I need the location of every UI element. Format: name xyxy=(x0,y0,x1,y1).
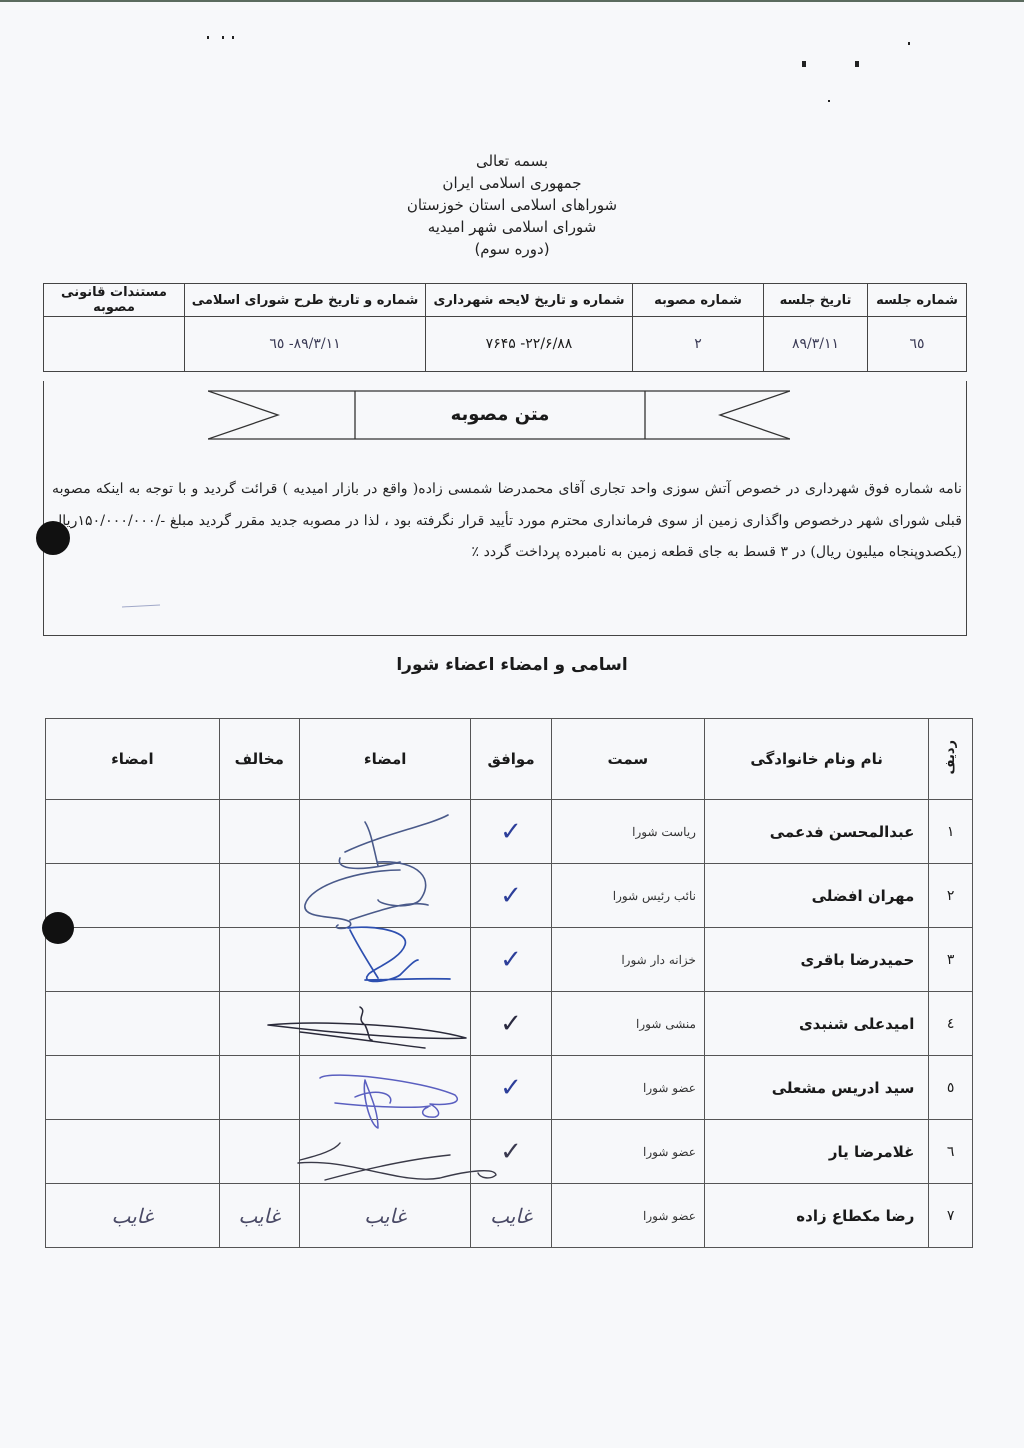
member-role: ریاست شورا xyxy=(551,800,704,864)
member-signature xyxy=(299,928,471,992)
header-role: سمت xyxy=(551,719,704,800)
member-role: نائب رئیس شورا xyxy=(551,864,704,928)
member-signature xyxy=(299,800,471,864)
council-plan-value: ٨٩/٣/١١- ٦٥ xyxy=(185,317,426,372)
member-oppose xyxy=(219,864,299,928)
agree-check-icon: ✓ xyxy=(471,1120,551,1184)
member-signature xyxy=(299,1120,471,1184)
agree-check-icon: ✓ xyxy=(471,864,551,928)
header-line-term: (دوره سوم) xyxy=(362,238,662,260)
resolution-banner: متن مصوبه xyxy=(208,389,790,441)
member-name: مهران افضلی xyxy=(704,864,928,928)
member-name: حمیدرضا باقری xyxy=(704,928,928,992)
header-signature-2: امضاء xyxy=(46,719,220,800)
member-oppose xyxy=(219,928,299,992)
scan-speck xyxy=(232,36,234,39)
member-role: عضو شورا xyxy=(551,1184,704,1248)
agree-check-icon: ✓ xyxy=(471,800,551,864)
header-agree: موافق xyxy=(471,719,551,800)
resolution-number-value: ٢ xyxy=(633,317,764,372)
absent-mark: غایب xyxy=(46,1184,220,1248)
table-row: ٤ امیدعلی شنبدی منشی شورا ✓ xyxy=(46,992,973,1056)
member-signature xyxy=(299,1056,471,1120)
absent-mark: غایب xyxy=(471,1184,551,1248)
header-municipal-bill: شماره و تاریخ لایحه شهرداری xyxy=(426,284,633,317)
member-name: سید ادریس مشعلی xyxy=(704,1056,928,1120)
scan-speck xyxy=(207,36,209,39)
legal-documents-value xyxy=(44,317,185,372)
header-name: نام ونام خانوادگی xyxy=(704,719,928,800)
session-info-table: شماره جلسه تاریخ جلسه شماره مصوبه شماره … xyxy=(43,283,967,372)
member-signature-2 xyxy=(46,800,220,864)
table-row: ٦ غلامرضا یار عضو شورا ✓ xyxy=(46,1120,973,1184)
members-title: اسامی و امضاء اعضاء شورا xyxy=(362,655,662,675)
binder-hole-icon xyxy=(36,521,70,555)
member-role: عضو شورا xyxy=(551,1120,704,1184)
member-index: ٥ xyxy=(929,1056,973,1120)
header-council-plan: شماره و تاریخ طرح شورای اسلامی xyxy=(185,284,426,317)
table-row: ١ عبدالمحسن فدعمی ریاست شورا ✓ xyxy=(46,800,973,864)
scan-speck xyxy=(828,100,830,102)
header-line-invocation: بسمه تعالی xyxy=(362,150,662,172)
member-oppose xyxy=(219,1120,299,1184)
scan-speck xyxy=(908,42,910,45)
member-name: غلامرضا یار xyxy=(704,1120,928,1184)
binder-hole-icon xyxy=(42,912,74,944)
member-oppose xyxy=(219,800,299,864)
scan-speck xyxy=(222,36,224,39)
member-role: خزانه دار شورا xyxy=(551,928,704,992)
member-signature-2 xyxy=(46,1120,220,1184)
member-index: ٦ xyxy=(929,1120,973,1184)
member-role: منشی شورا xyxy=(551,992,704,1056)
scan-speck xyxy=(802,61,806,67)
absent-mark: غایب xyxy=(219,1184,299,1248)
member-index: ٢ xyxy=(929,864,973,928)
member-signature xyxy=(299,992,471,1056)
header-legal-documents: مستندات قانونی مصوبه xyxy=(44,284,185,317)
agree-check-icon: ✓ xyxy=(471,928,551,992)
scan-edge xyxy=(0,0,1024,2)
table-row: ٧ رضا مکطاع زاده عضو شورا غایب غایب غایب… xyxy=(46,1184,973,1248)
municipal-bill-value: ٨٨/۶/٢٢- ٧۶۴۵ xyxy=(426,317,633,372)
agree-check-icon: ✓ xyxy=(471,992,551,1056)
member-signature-2 xyxy=(46,928,220,992)
members-table: ردیف نام ونام خانوادگی سمت موافق امضاء م… xyxy=(45,718,973,1248)
document-header: بسمه تعالی جمهوری اسلامی ایران شوراهای ا… xyxy=(362,150,662,260)
header-line-city-council: شورای اسلامی شهر امیدیه xyxy=(362,216,662,238)
member-oppose xyxy=(219,1056,299,1120)
resolution-text: نامه شماره فوق شهرداری در خصوص آتش سوزی … xyxy=(52,474,962,569)
table-row: ٣ حمیدرضا باقری خزانه دار شورا ✓ xyxy=(46,928,973,992)
table-row: ٥ سید ادریس مشعلی عضو شورا ✓ xyxy=(46,1056,973,1120)
member-role: عضو شورا xyxy=(551,1056,704,1120)
member-signature-2 xyxy=(46,992,220,1056)
agree-check-icon: ✓ xyxy=(471,1056,551,1120)
header-signature: امضاء xyxy=(299,719,471,800)
resolution-title: متن مصوبه xyxy=(355,389,645,441)
member-index: ٤ xyxy=(929,992,973,1056)
member-oppose xyxy=(219,992,299,1056)
header-index-label: ردیف xyxy=(943,740,958,775)
session-date-value: ٨٩/٣/١١ xyxy=(764,317,868,372)
session-number-value: ٦٥ xyxy=(868,317,967,372)
member-name: رضا مکطاع زاده xyxy=(704,1184,928,1248)
member-index: ١ xyxy=(929,800,973,864)
table-row: ٢ مهران افضلی نائب رئیس شورا ✓ xyxy=(46,864,973,928)
member-index: ٣ xyxy=(929,928,973,992)
member-index: ٧ xyxy=(929,1184,973,1248)
header-line-province-councils: شوراهای اسلامی استان خوزستان xyxy=(362,194,662,216)
member-signature xyxy=(299,864,471,928)
members-header-row: ردیف نام ونام خانوادگی سمت موافق امضاء م… xyxy=(46,719,973,800)
header-oppose: مخالف xyxy=(219,719,299,800)
member-name: عبدالمحسن فدعمی xyxy=(704,800,928,864)
header-line-country: جمهوری اسلامی ایران xyxy=(362,172,662,194)
header-resolution-number: شماره مصوبه xyxy=(633,284,764,317)
header-session-number: شماره جلسه xyxy=(868,284,967,317)
header-session-date: تاریخ جلسه xyxy=(764,284,868,317)
absent-mark: غایب xyxy=(299,1184,471,1248)
header-index: ردیف xyxy=(929,719,973,800)
member-name: امیدعلی شنبدی xyxy=(704,992,928,1056)
member-signature-2 xyxy=(46,1056,220,1120)
scan-speck xyxy=(855,61,859,67)
member-signature-2 xyxy=(46,864,220,928)
